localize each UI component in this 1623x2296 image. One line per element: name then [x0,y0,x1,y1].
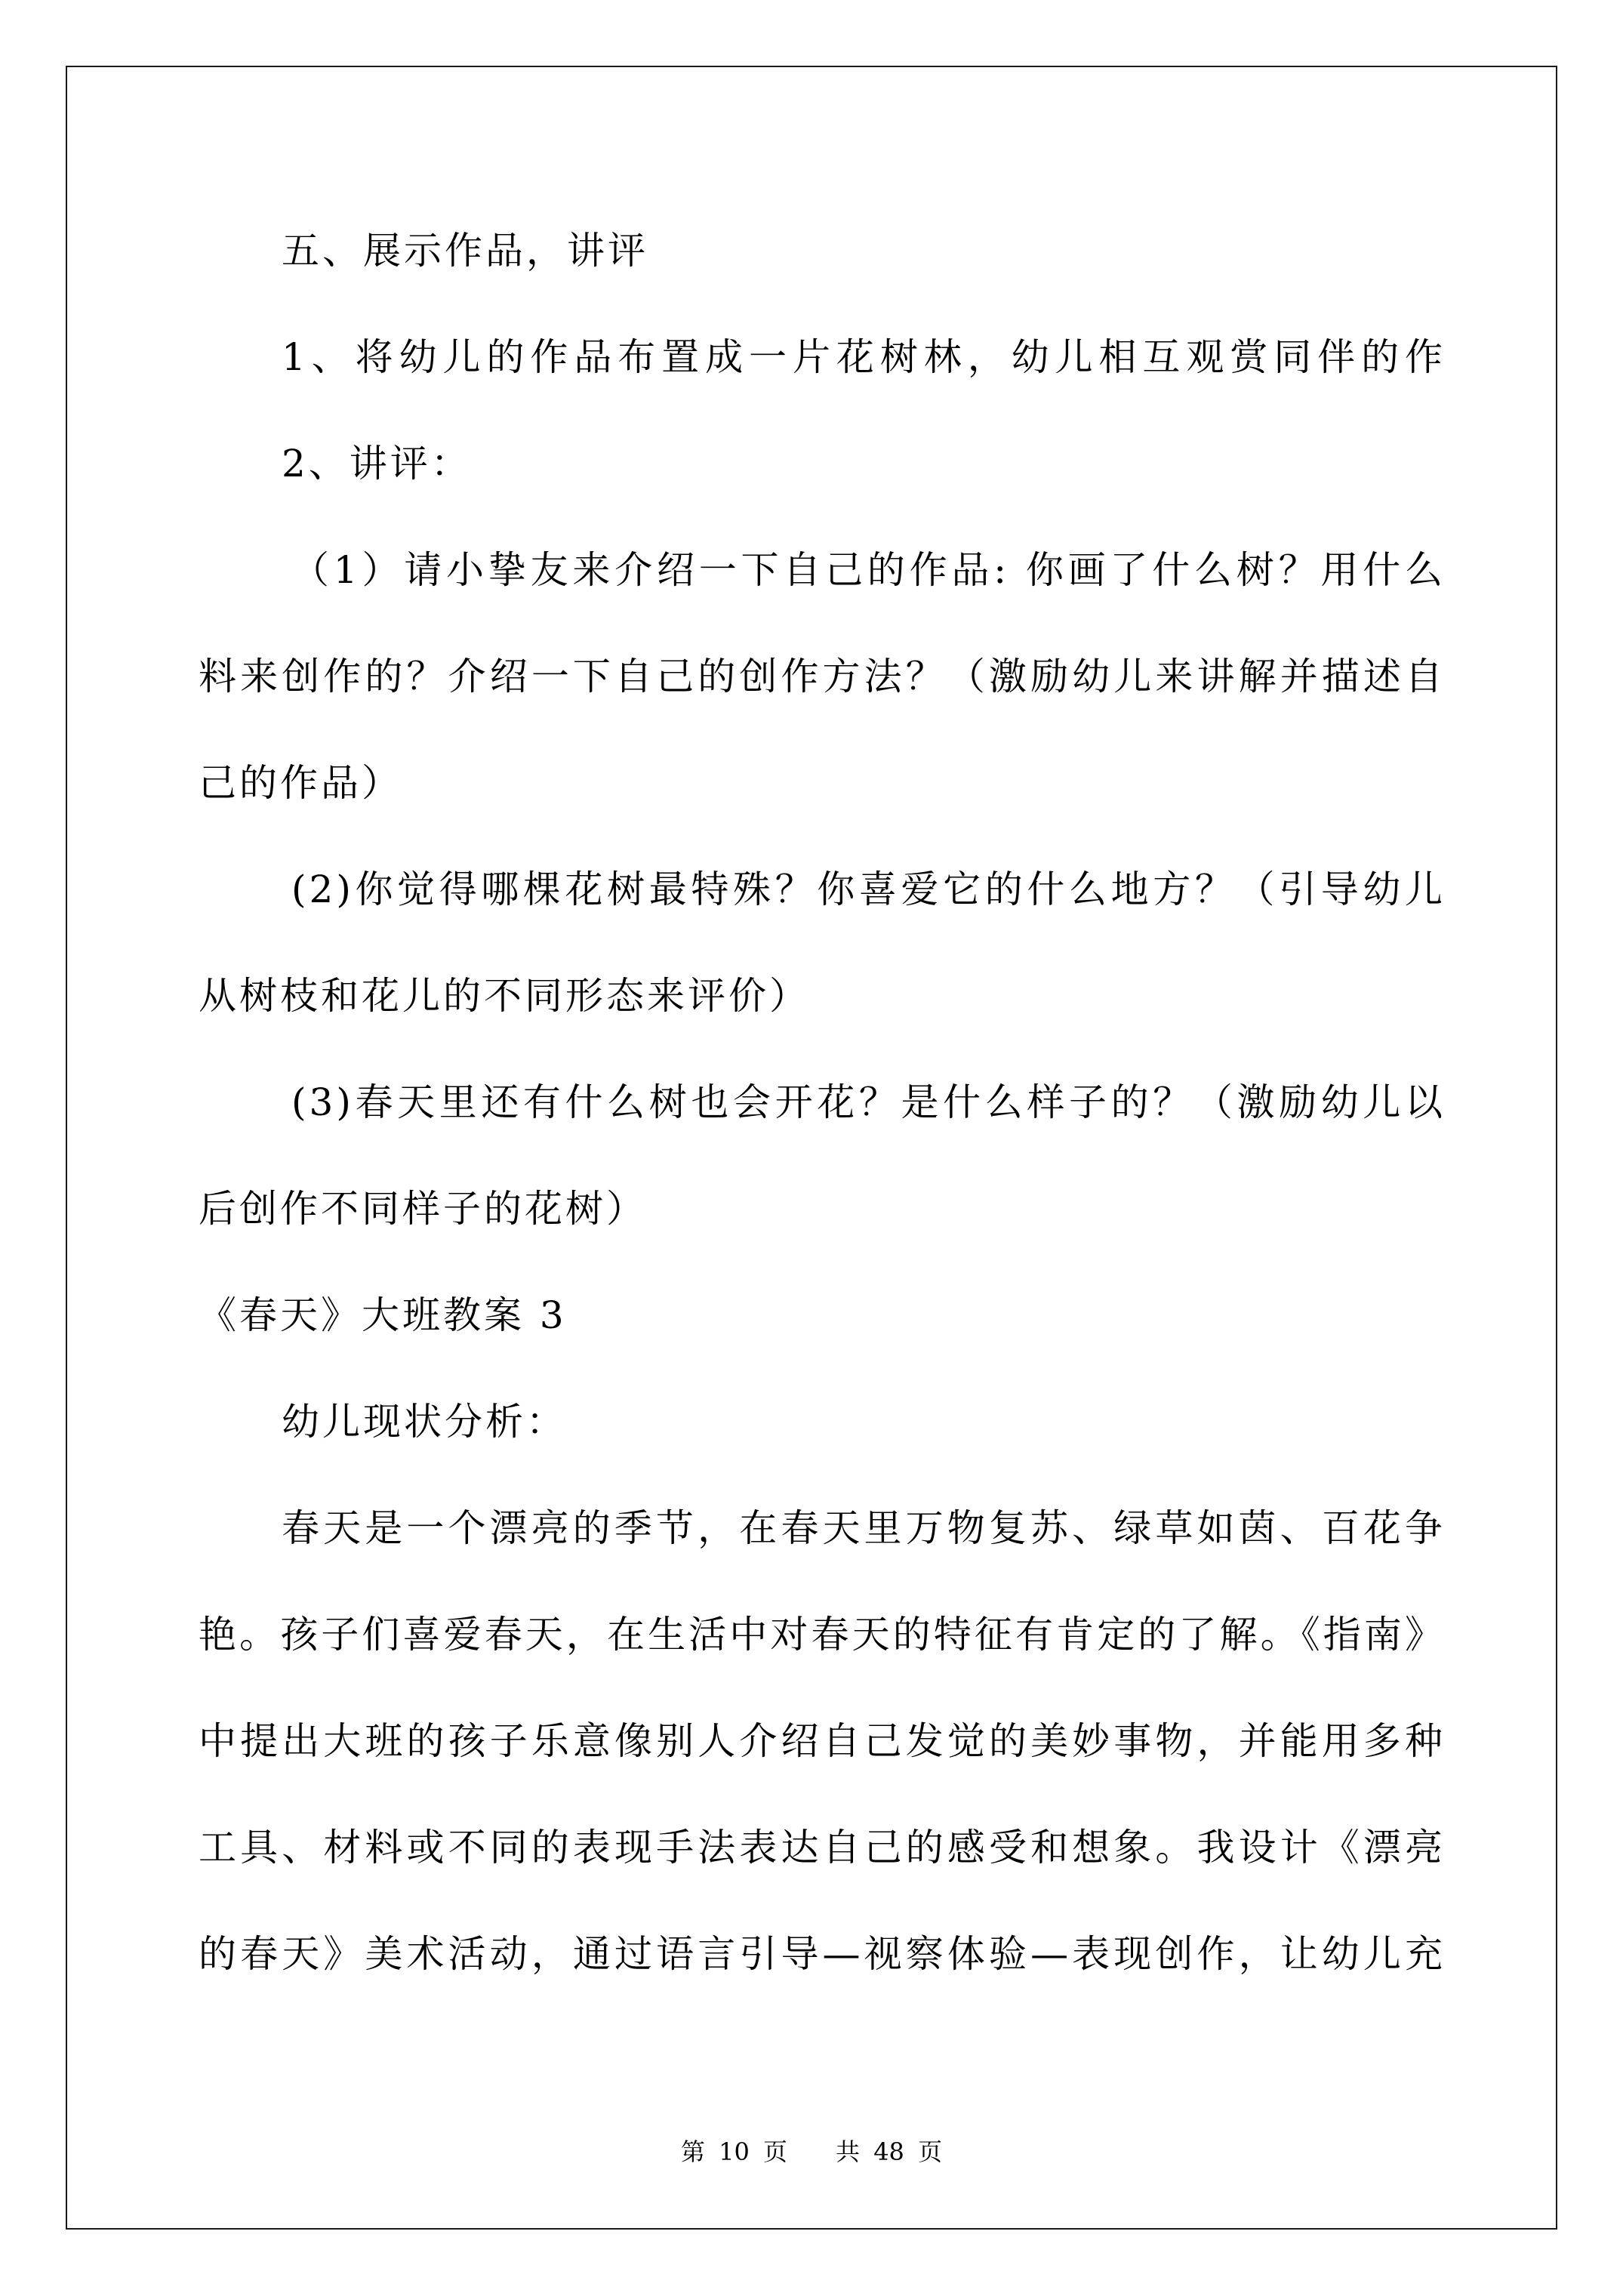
line-text: 五、展示作品，讲评 [282,229,648,273]
line-text: 幼儿现状分析： [282,1400,567,1444]
line-text: 的春天》美术活动，通过语言引导—视察体验—表现创作，让幼儿充 [199,1932,1446,1976]
paragraph-line: 工具、材料或不同的表现手法表达自己的感受和想象。我设计《漂亮 [199,1817,1446,1878]
paragraph-line: 中提出大班的孩子乐意像别人介绍自己发觉的美妙事物，并能用多种 [199,1711,1446,1771]
line-text: 艳。孩子们喜爱春天，在生活中对春天的特征有肯定的了解。《指南》 [199,1613,1446,1657]
section-title: 《春天》大班教案 3 [199,1285,1446,1345]
line-text: 2、讲评： [282,442,472,485]
paragraph-line: (3)春天里还有什么树也会开花？是什么样子的？（激励幼儿以 [199,1072,1446,1133]
page-footer: 第 10 页共 48 页 [0,2134,1623,2170]
line-text: 从树枝和花儿的不同形态来评价） [199,974,810,1018]
paragraph-line: 春天是一个漂亮的季节，在春天里万物复苏、绿草如茵、百花争 [199,1498,1446,1558]
current-page-number: 10 [719,2137,750,2166]
paragraph-line: 己的作品） [199,753,1446,813]
heading-section-five: 五、展示作品，讲评 [199,220,1446,281]
paragraph-line: 料来创作的？介绍一下自己的创作方法？（激励幼儿来讲解并描述自 [199,646,1446,707]
total-suffix: 页 [918,2137,942,2166]
paragraph-line: 艳。孩子们喜爱春天，在生活中对春天的特征有肯定的了解。《指南》 [199,1604,1446,1665]
paragraph-line: 从树枝和花儿的不同形态来评价） [199,966,1446,1026]
subheading-analysis: 幼儿现状分析： [199,1391,1446,1452]
line-text: 工具、材料或不同的表现手法表达自己的感受和想象。我设计《漂亮 [199,1826,1446,1869]
page-number-label: 第 10 页 [678,2137,790,2166]
total-page-count: 48 [873,2137,904,2166]
page-suffix: 页 [763,2137,787,2166]
paragraph-line: 后创作不同样子的花树） [199,1179,1446,1239]
page-prefix: 第 [681,2137,705,2166]
paragraph-line: 2、讲评： [199,433,1446,494]
total-pages-label: 共 48 页 [833,2137,945,2166]
line-text: (3)春天里还有什么树也会开花？是什么样子的？（激励幼儿以 [291,1080,1446,1124]
line-text: 1、将幼儿的作品布置成一片花树林，幼儿相互观赏同伴的作品。 [282,335,1446,387]
line-text: 后创作不同样子的花树） [199,1187,647,1231]
line-text: 《春天》大班教案 3 [199,1293,567,1337]
line-text: (2)你觉得哪棵花树最特殊？你喜爱它的什么地方？（引导幼儿 [291,868,1446,911]
total-prefix: 共 [836,2137,860,2166]
paragraph-line: 的春天》美术活动，通过语言引导—视察体验—表现创作，让幼儿充 [199,1924,1446,1984]
line-text: 春天是一个漂亮的季节，在春天里万物复苏、绿草如茵、百花争 [282,1506,1446,1550]
paragraph-line: 1、将幼儿的作品布置成一片花树林，幼儿相互观赏同伴的作品。 [199,327,1446,387]
line-text: 中提出大班的孩子乐意像别人介绍自己发觉的美妙事物，并能用多种 [199,1719,1446,1763]
paragraph-line: （1）请小挚友来介绍一下自己的作品: 你画了什么树？用什么材 [199,540,1446,600]
line-text: 己的作品） [199,761,402,805]
line-text: 料来创作的？介绍一下自己的创作方法？（激励幼儿来讲解并描述自 [199,655,1446,698]
page-border [66,66,1557,2230]
line-text: （1）请小挚友来介绍一下自己的作品: 你画了什么树？用什么材 [291,548,1446,600]
paragraph-line: (2)你觉得哪棵花树最特殊？你喜爱它的什么地方？（引导幼儿 [199,859,1446,920]
